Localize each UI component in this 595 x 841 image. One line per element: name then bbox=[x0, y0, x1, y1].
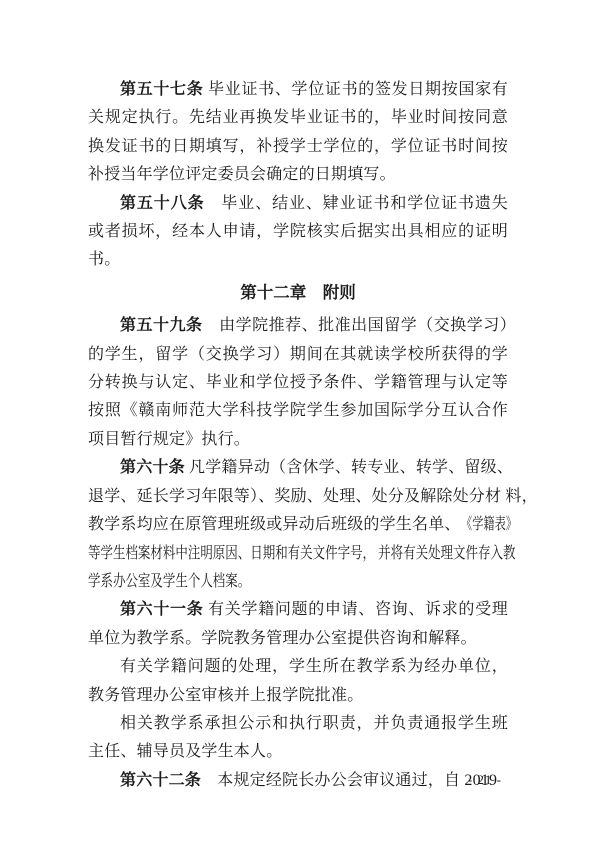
article-60-number: 第六十条 bbox=[120, 459, 185, 476]
article-60-line-3: 教学系均应在原管理班级或异动后班级的学生名单、《学籍表》 bbox=[88, 511, 508, 539]
article-59-text: 由学院推荐、批准出国留学（交换学习）的学生，留学（交换学习）期间在其就读学校所获… bbox=[88, 317, 508, 448]
duty-paragraph: 相关教学系承担公示和执行职责，并负责通报学生班主任、辅导员及学生本人。 bbox=[88, 710, 508, 767]
article-59-number: 第五十九条 bbox=[120, 317, 203, 334]
article-60-line-4: 等学生档案材料中注明原因、日期和有关文件字号， 并将有关处理文件存入教 bbox=[88, 540, 416, 568]
article-60-line-1-text: 凡学籍异动（含休学、转专业、转学、留级、 bbox=[185, 459, 513, 476]
article-60-line-4-text: 等学生档案材料中注明原因、日期和有关文件字号， 并将有关处理文件存入教 bbox=[88, 545, 515, 562]
article-61-number: 第六十一条 bbox=[120, 601, 203, 618]
article-57-number: 第五十七条 bbox=[120, 81, 203, 98]
article-59-paragraph: 第五十九条 由学院推荐、批准出国留学（交换学习）的学生，留学（交换学习）期间在其… bbox=[88, 312, 508, 454]
article-60-line-2-text: 退学、延长学习年限等）、奖励、处理、处分及解除处分材 料， bbox=[88, 488, 538, 505]
document-page: 第五十七条 毕业证书、学位证书的签发日期按国家有关规定执行。先结业再换发毕业证书… bbox=[0, 0, 595, 841]
article-60-line-1: 第六十条 凡学籍异动（含休学、转专业、转学、留级、 bbox=[88, 454, 508, 482]
article-61-paragraph: 第六十一条 有关学籍问题的申请、咨询、诉求的受理单位为教学系。学院教务管理办公室… bbox=[88, 596, 508, 653]
article-60-line-5-text: 学系办公室及学生个人档案。 bbox=[88, 573, 250, 590]
article-57-paragraph: 第五十七条 毕业证书、学位证书的签发日期按国家有关规定执行。先结业再换发毕业证书… bbox=[88, 76, 508, 190]
article-60-line-3-text: 教学系均应在原管理班级或异动后班级的学生名单、 bbox=[88, 516, 461, 533]
article-60-paragraph: 第六十条 凡学籍异动（含休学、转专业、转学、留级、 退学、延长学习年限等）、奖励… bbox=[88, 454, 508, 596]
article-58-paragraph: 第五十八条 毕业、结业、肄业证书和学位证书遗失或者损坏，经本人申请，学院核实后据… bbox=[88, 190, 508, 275]
article-60-line-5: 学系办公室及学生个人档案。 bbox=[88, 568, 416, 596]
article-60-line-2: 退学、延长学习年限等）、奖励、处理、处分及解除处分材 料， bbox=[88, 483, 508, 511]
article-62-number: 第六十二条 bbox=[120, 772, 201, 789]
page-number: - 21 - bbox=[468, 770, 502, 790]
article-62-paragraph: 第六十二条 本规定经院长办公会审议通过，自 2019 bbox=[88, 767, 508, 795]
chapter-12-heading: 第十二章 附则 bbox=[88, 279, 508, 307]
article-62-text: 本规定经院长办公会审议通过，自 2019 bbox=[201, 772, 497, 789]
article-60-line-3-condensed-text: 《学籍表》 bbox=[461, 511, 517, 539]
handling-paragraph: 有关学籍问题的处理，学生所在教学系为经办单位，教务管理办公室审核并上报学院批准。 bbox=[88, 653, 508, 710]
article-58-number: 第五十八条 bbox=[120, 195, 205, 212]
